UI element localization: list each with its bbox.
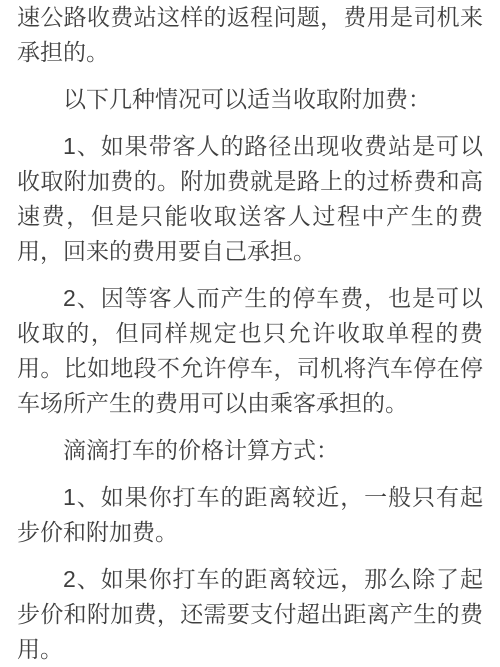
page: 速公路收费站这样的返程问题，费用是司机来承担的。以下几种情况可以适当收取附加费：… — [0, 0, 500, 667]
paragraph: 1、如果带客人的路径出现收费站是可以收取附加费的。附加费就是路上的过桥费和高速费… — [17, 129, 483, 269]
paragraph: 以下几种情况可以适当收取附加费： — [17, 82, 483, 117]
paragraph: 1、如果你打车的距离较近，一般只有起步价和附加费。 — [17, 480, 483, 550]
paragraph: 速公路收费站这样的返程问题，费用是司机来承担的。 — [17, 0, 483, 70]
article-body: 速公路收费站这样的返程问题，费用是司机来承担的。以下几种情况可以适当收取附加费：… — [17, 0, 483, 667]
paragraph: 2、如果你打车的距离较远，那么除了起步价和附加费，还需要支付超出距离产生的费用。 — [17, 562, 483, 667]
paragraph: 滴滴打车的价格计算方式： — [17, 433, 483, 468]
paragraph: 2、因等客人而产生的停车费，也是可以收取的，但同样规定也只允许收取单程的费用。比… — [17, 281, 483, 421]
